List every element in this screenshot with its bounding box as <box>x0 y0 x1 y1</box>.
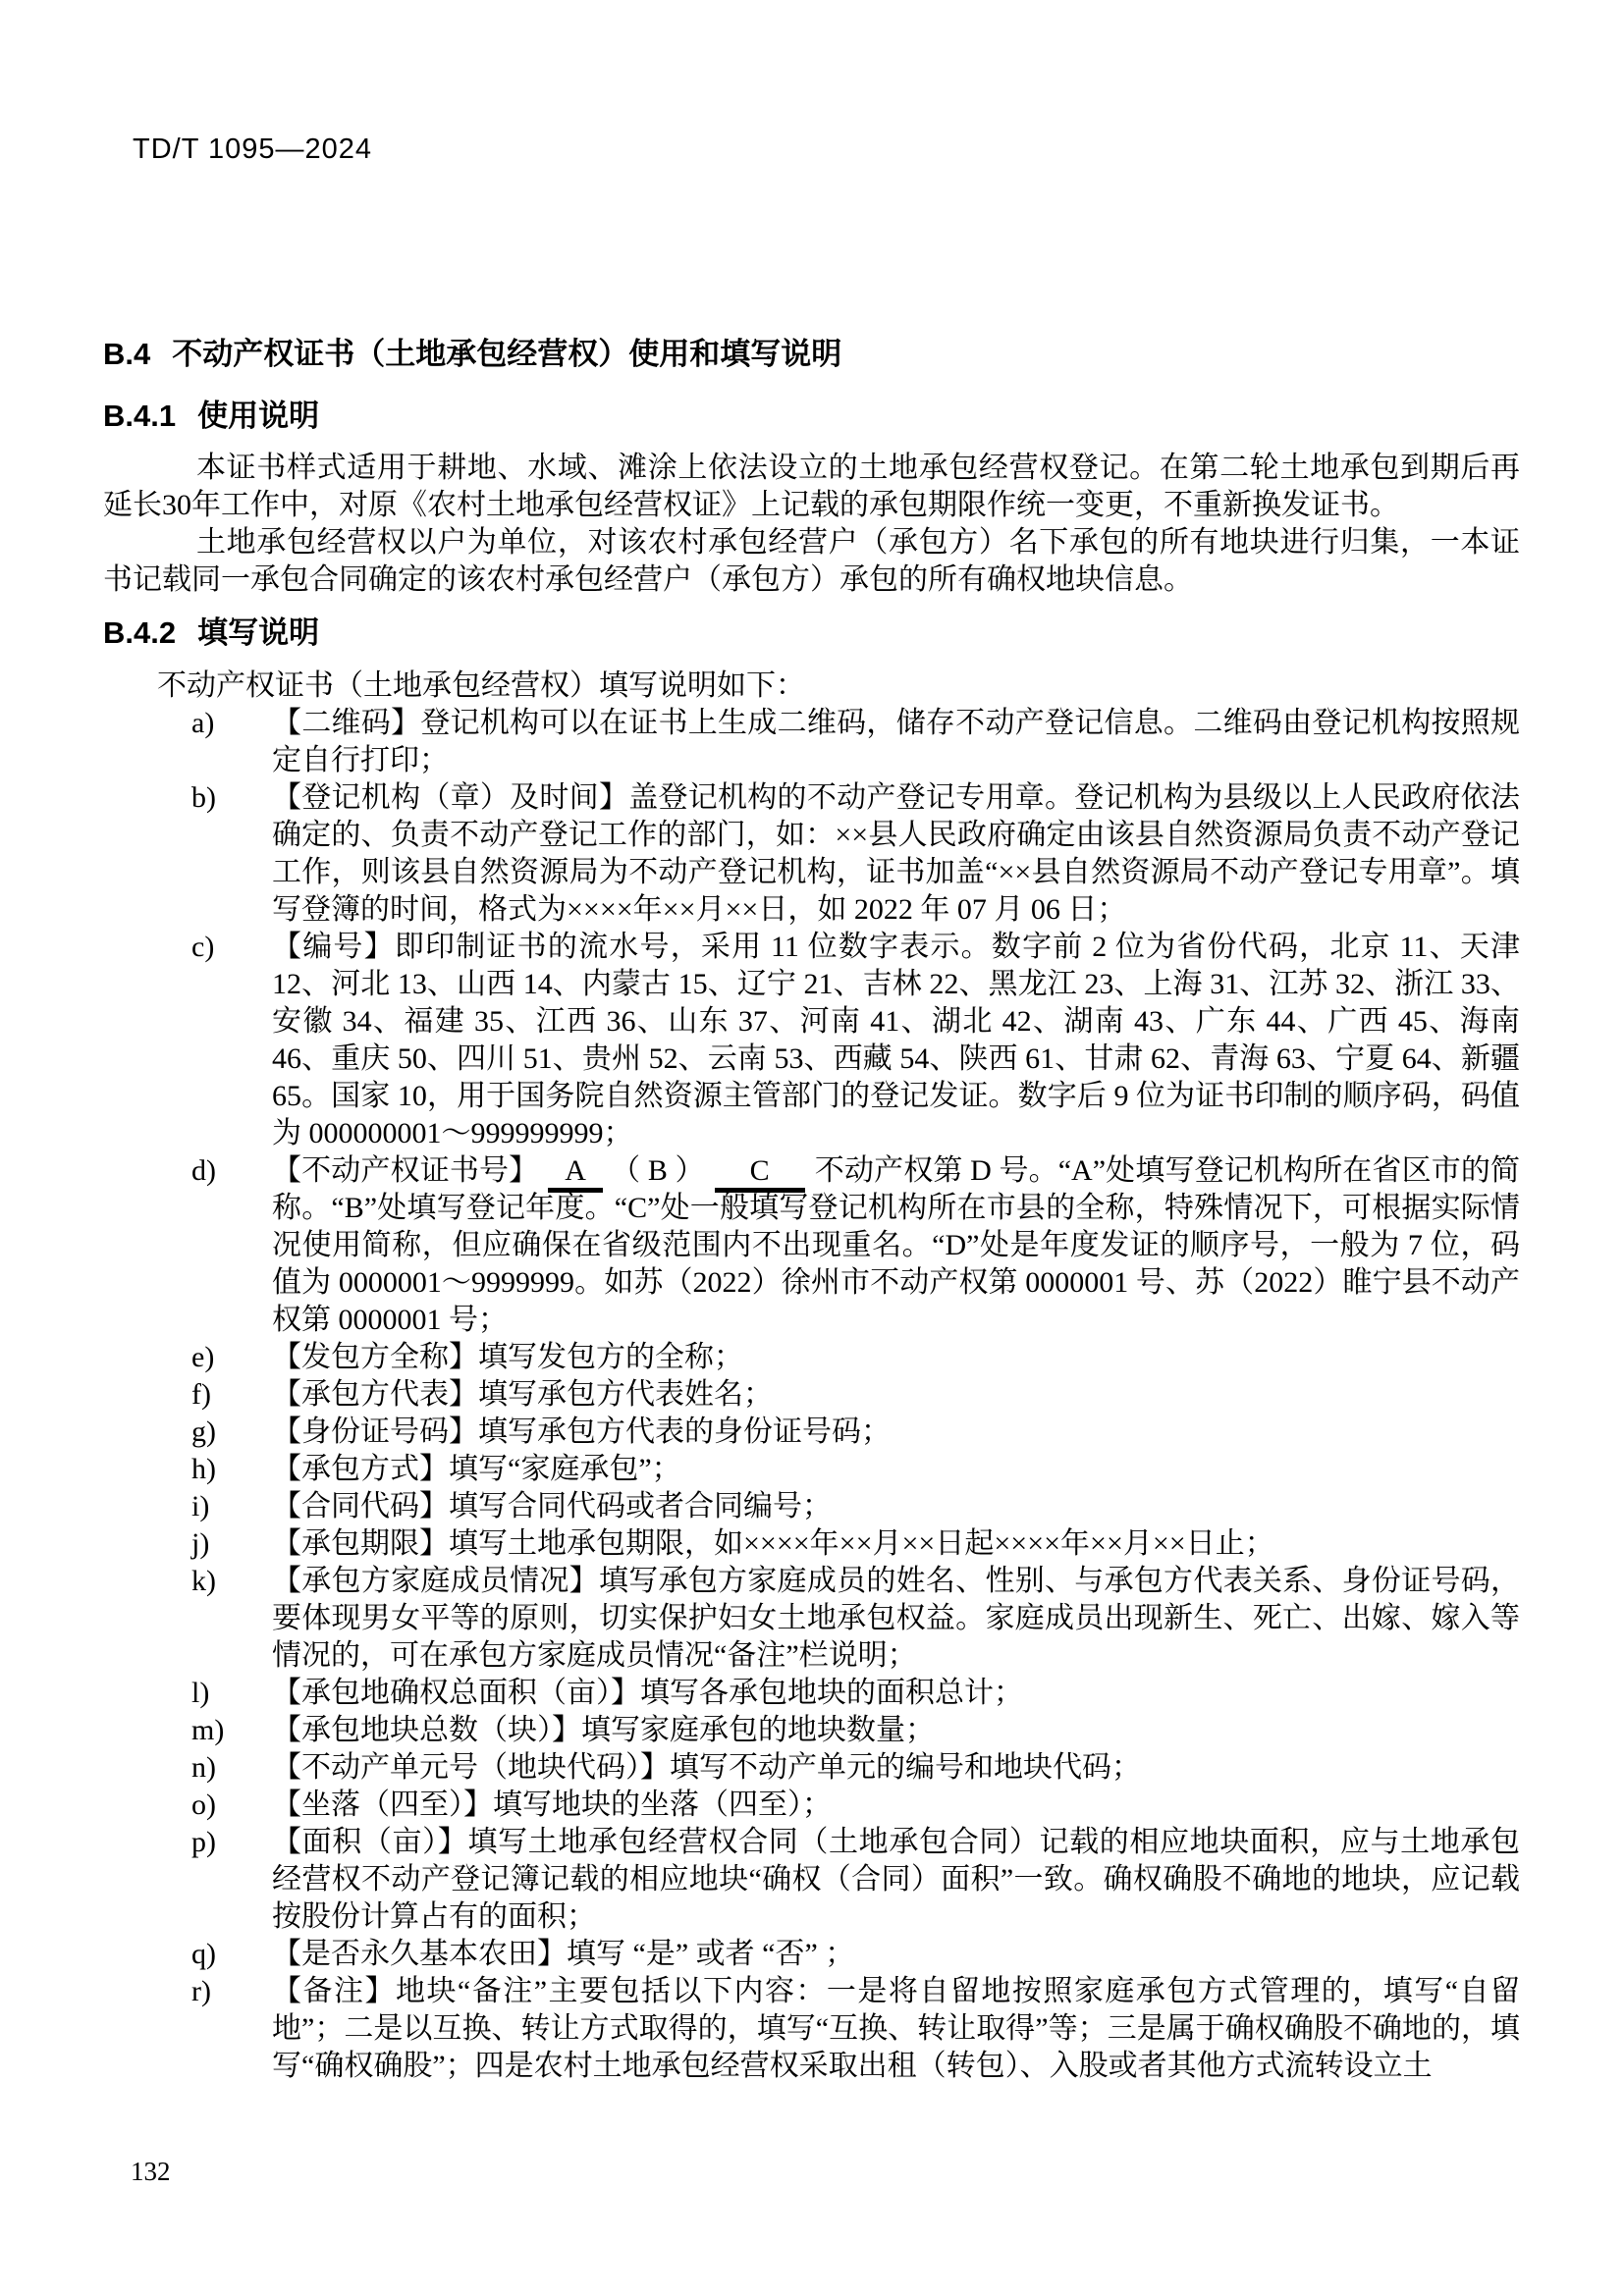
list-item: n) 【不动产单元号（地块代码）】填写不动产单元的编号和地块代码； <box>103 1749 1520 1787</box>
item-d-underlined-a: A <box>548 1154 603 1193</box>
list-item-text: 【承包方式】填写“家庭承包”； <box>272 1451 1520 1488</box>
item-d-prefix: 【不动产权证书号】 <box>272 1154 538 1187</box>
item-d-middle: （ B ） <box>611 1154 705 1187</box>
section-b42-number: B.4.2 <box>103 615 176 650</box>
section-b4-number: B.4 <box>103 337 150 371</box>
list-item: c) 【编号】即印制证书的流水号，采用 11 位数字表示。数字前 2 位为省份代… <box>103 929 1520 1152</box>
list-item-label: k) <box>191 1563 216 1600</box>
section-b4-title: 不动产权证书（土地承包经营权）使用和填写说明 <box>172 337 841 371</box>
list-item-text: 【承包方家庭成员情况】填写承包方家庭成员的姓名、性别、与承包方代表关系、身份证号… <box>272 1563 1520 1675</box>
list-item: o) 【坐落（四至）】填写地块的坐落（四至）； <box>103 1787 1520 1824</box>
list-item-label: l) <box>191 1675 209 1712</box>
filling-instruction-list: a) 【二维码】登记机构可以在证书上生成二维码，储存不动产登记信息。二维码由登记… <box>103 705 1520 2085</box>
list-item-label: i) <box>191 1488 209 1525</box>
list-item-label: m) <box>191 1712 224 1749</box>
list-item-label: n) <box>191 1749 216 1787</box>
list-item-text: 【坐落（四至）】填写地块的坐落（四至）； <box>272 1787 1520 1824</box>
list-item-label: e) <box>191 1339 214 1376</box>
list-item-text: 【合同代码】填写合同代码或者合同编号； <box>272 1488 1520 1525</box>
usage-paragraph-1: 本证书样式适用于耕地、水域、滩涂上依法设立的土地承包经营权登记。在第二轮土地承包… <box>103 450 1520 524</box>
list-item-label: b) <box>191 779 216 817</box>
list-item-text: 【编号】即印制证书的流水号，采用 11 位数字表示。数字前 2 位为省份代码，北… <box>272 929 1520 1152</box>
list-item-text: 【发包方全称】填写发包方的全称； <box>272 1339 1520 1376</box>
list-item: m) 【承包地块总数（块）】填写家庭承包的地块数量； <box>103 1712 1520 1749</box>
standard-number-header: TD/T 1095—2024 <box>133 133 1520 166</box>
list-item: l) 【承包地确权总面积（亩）】填写各承包地块的面积总计； <box>103 1675 1520 1712</box>
section-b41-number: B.4.1 <box>103 399 176 433</box>
list-item: e) 【发包方全称】填写发包方的全称； <box>103 1339 1520 1376</box>
list-item-text: 【二维码】登记机构可以在证书上生成二维码，储存不动产登记信息。二维码由登记机构按… <box>272 705 1520 779</box>
list-item-label: r) <box>191 1973 211 2010</box>
list-item: i) 【合同代码】填写合同代码或者合同编号； <box>103 1488 1520 1525</box>
list-item-text: 【面积（亩）】填写土地承包经营权合同（土地承包合同）记载的相应地块面积，应与土地… <box>272 1824 1520 1936</box>
list-item-label: g) <box>191 1414 216 1451</box>
list-item-text: 【不动产单元号（地块代码）】填写不动产单元的编号和地块代码； <box>272 1749 1520 1787</box>
list-item-label: f) <box>191 1376 211 1414</box>
filling-intro: 不动产权证书（土地承包经营权）填写说明如下： <box>103 667 1520 705</box>
list-item-label: c) <box>191 929 214 966</box>
list-item: j) 【承包期限】填写土地承包期限，如××××年××月××日起××××年××月×… <box>103 1525 1520 1563</box>
section-b42-heading: B.4.2填写说明 <box>103 614 1520 653</box>
section-b41-heading: B.4.1使用说明 <box>103 397 1520 436</box>
list-item-label: p) <box>191 1824 216 1861</box>
list-item-text: 【承包地块总数（块）】填写家庭承包的地块数量； <box>272 1712 1520 1749</box>
list-item-label: d) <box>191 1152 216 1190</box>
section-b41-title: 使用说明 <box>197 399 319 433</box>
item-d-underlined-c: C <box>715 1154 805 1193</box>
section-b42-title: 填写说明 <box>197 615 319 650</box>
list-item-text: 【承包地确权总面积（亩）】填写各承包地块的面积总计； <box>272 1675 1520 1712</box>
list-item: p) 【面积（亩）】填写土地承包经营权合同（土地承包合同）记载的相应地块面积，应… <box>103 1824 1520 1936</box>
list-item-text: 【备注】地块“备注”主要包括以下内容：一是将自留地按照家庭承包方式管理的，填写“… <box>272 1973 1520 2085</box>
list-item: g) 【身份证号码】填写承包方代表的身份证号码； <box>103 1414 1520 1451</box>
list-item-text: 【不动产权证书号】A（ B ）C不动产权第 D 号。“A”处填写登记机构所在省区… <box>272 1152 1520 1339</box>
list-item-label: o) <box>191 1787 216 1824</box>
list-item-label: q) <box>191 1936 216 1973</box>
list-item-certificate-number: d) 【不动产权证书号】A（ B ）C不动产权第 D 号。“A”处填写登记机构所… <box>103 1152 1520 1339</box>
list-item-text: 【是否永久基本农田】填写 “是” 或者 “否” ； <box>272 1936 1520 1973</box>
page-number: 132 <box>131 2156 171 2187</box>
usage-paragraph-2: 土地承包经营权以户为单位，对该农村承包经营户（承包方）名下承包的所有地块进行归集… <box>103 524 1520 599</box>
list-item-label: h) <box>191 1451 216 1488</box>
section-b4-heading: B.4不动产权证书（土地承包经营权）使用和填写说明 <box>103 335 1520 374</box>
list-item: k) 【承包方家庭成员情况】填写承包方家庭成员的姓名、性别、与承包方代表关系、身… <box>103 1563 1520 1675</box>
list-item-text: 【登记机构（章）及时间】盖登记机构的不动产登记专用章。登记机构为县级以上人民政府… <box>272 779 1520 929</box>
list-item: a) 【二维码】登记机构可以在证书上生成二维码，储存不动产登记信息。二维码由登记… <box>103 705 1520 779</box>
list-item: h) 【承包方式】填写“家庭承包”； <box>103 1451 1520 1488</box>
page-content: TD/T 1095—2024 B.4不动产权证书（土地承包经营权）使用和填写说明… <box>0 0 1624 2085</box>
document-page: TD/T 1095—2024 B.4不动产权证书（土地承包经营权）使用和填写说明… <box>0 0 1624 2296</box>
list-item: f) 【承包方代表】填写承包方代表姓名； <box>103 1376 1520 1414</box>
list-item-text: 【承包期限】填写土地承包期限，如××××年××月××日起××××年××月××日止… <box>272 1525 1520 1563</box>
list-item-text: 【承包方代表】填写承包方代表姓名； <box>272 1376 1520 1414</box>
list-item-text: 【身份证号码】填写承包方代表的身份证号码； <box>272 1414 1520 1451</box>
list-item: q) 【是否永久基本农田】填写 “是” 或者 “否” ； <box>103 1936 1520 1973</box>
list-item: r) 【备注】地块“备注”主要包括以下内容：一是将自留地按照家庭承包方式管理的，… <box>103 1973 1520 2085</box>
list-item-label: a) <box>191 705 214 742</box>
list-item: b) 【登记机构（章）及时间】盖登记机构的不动产登记专用章。登记机构为县级以上人… <box>103 779 1520 929</box>
list-item-label: j) <box>191 1525 209 1563</box>
